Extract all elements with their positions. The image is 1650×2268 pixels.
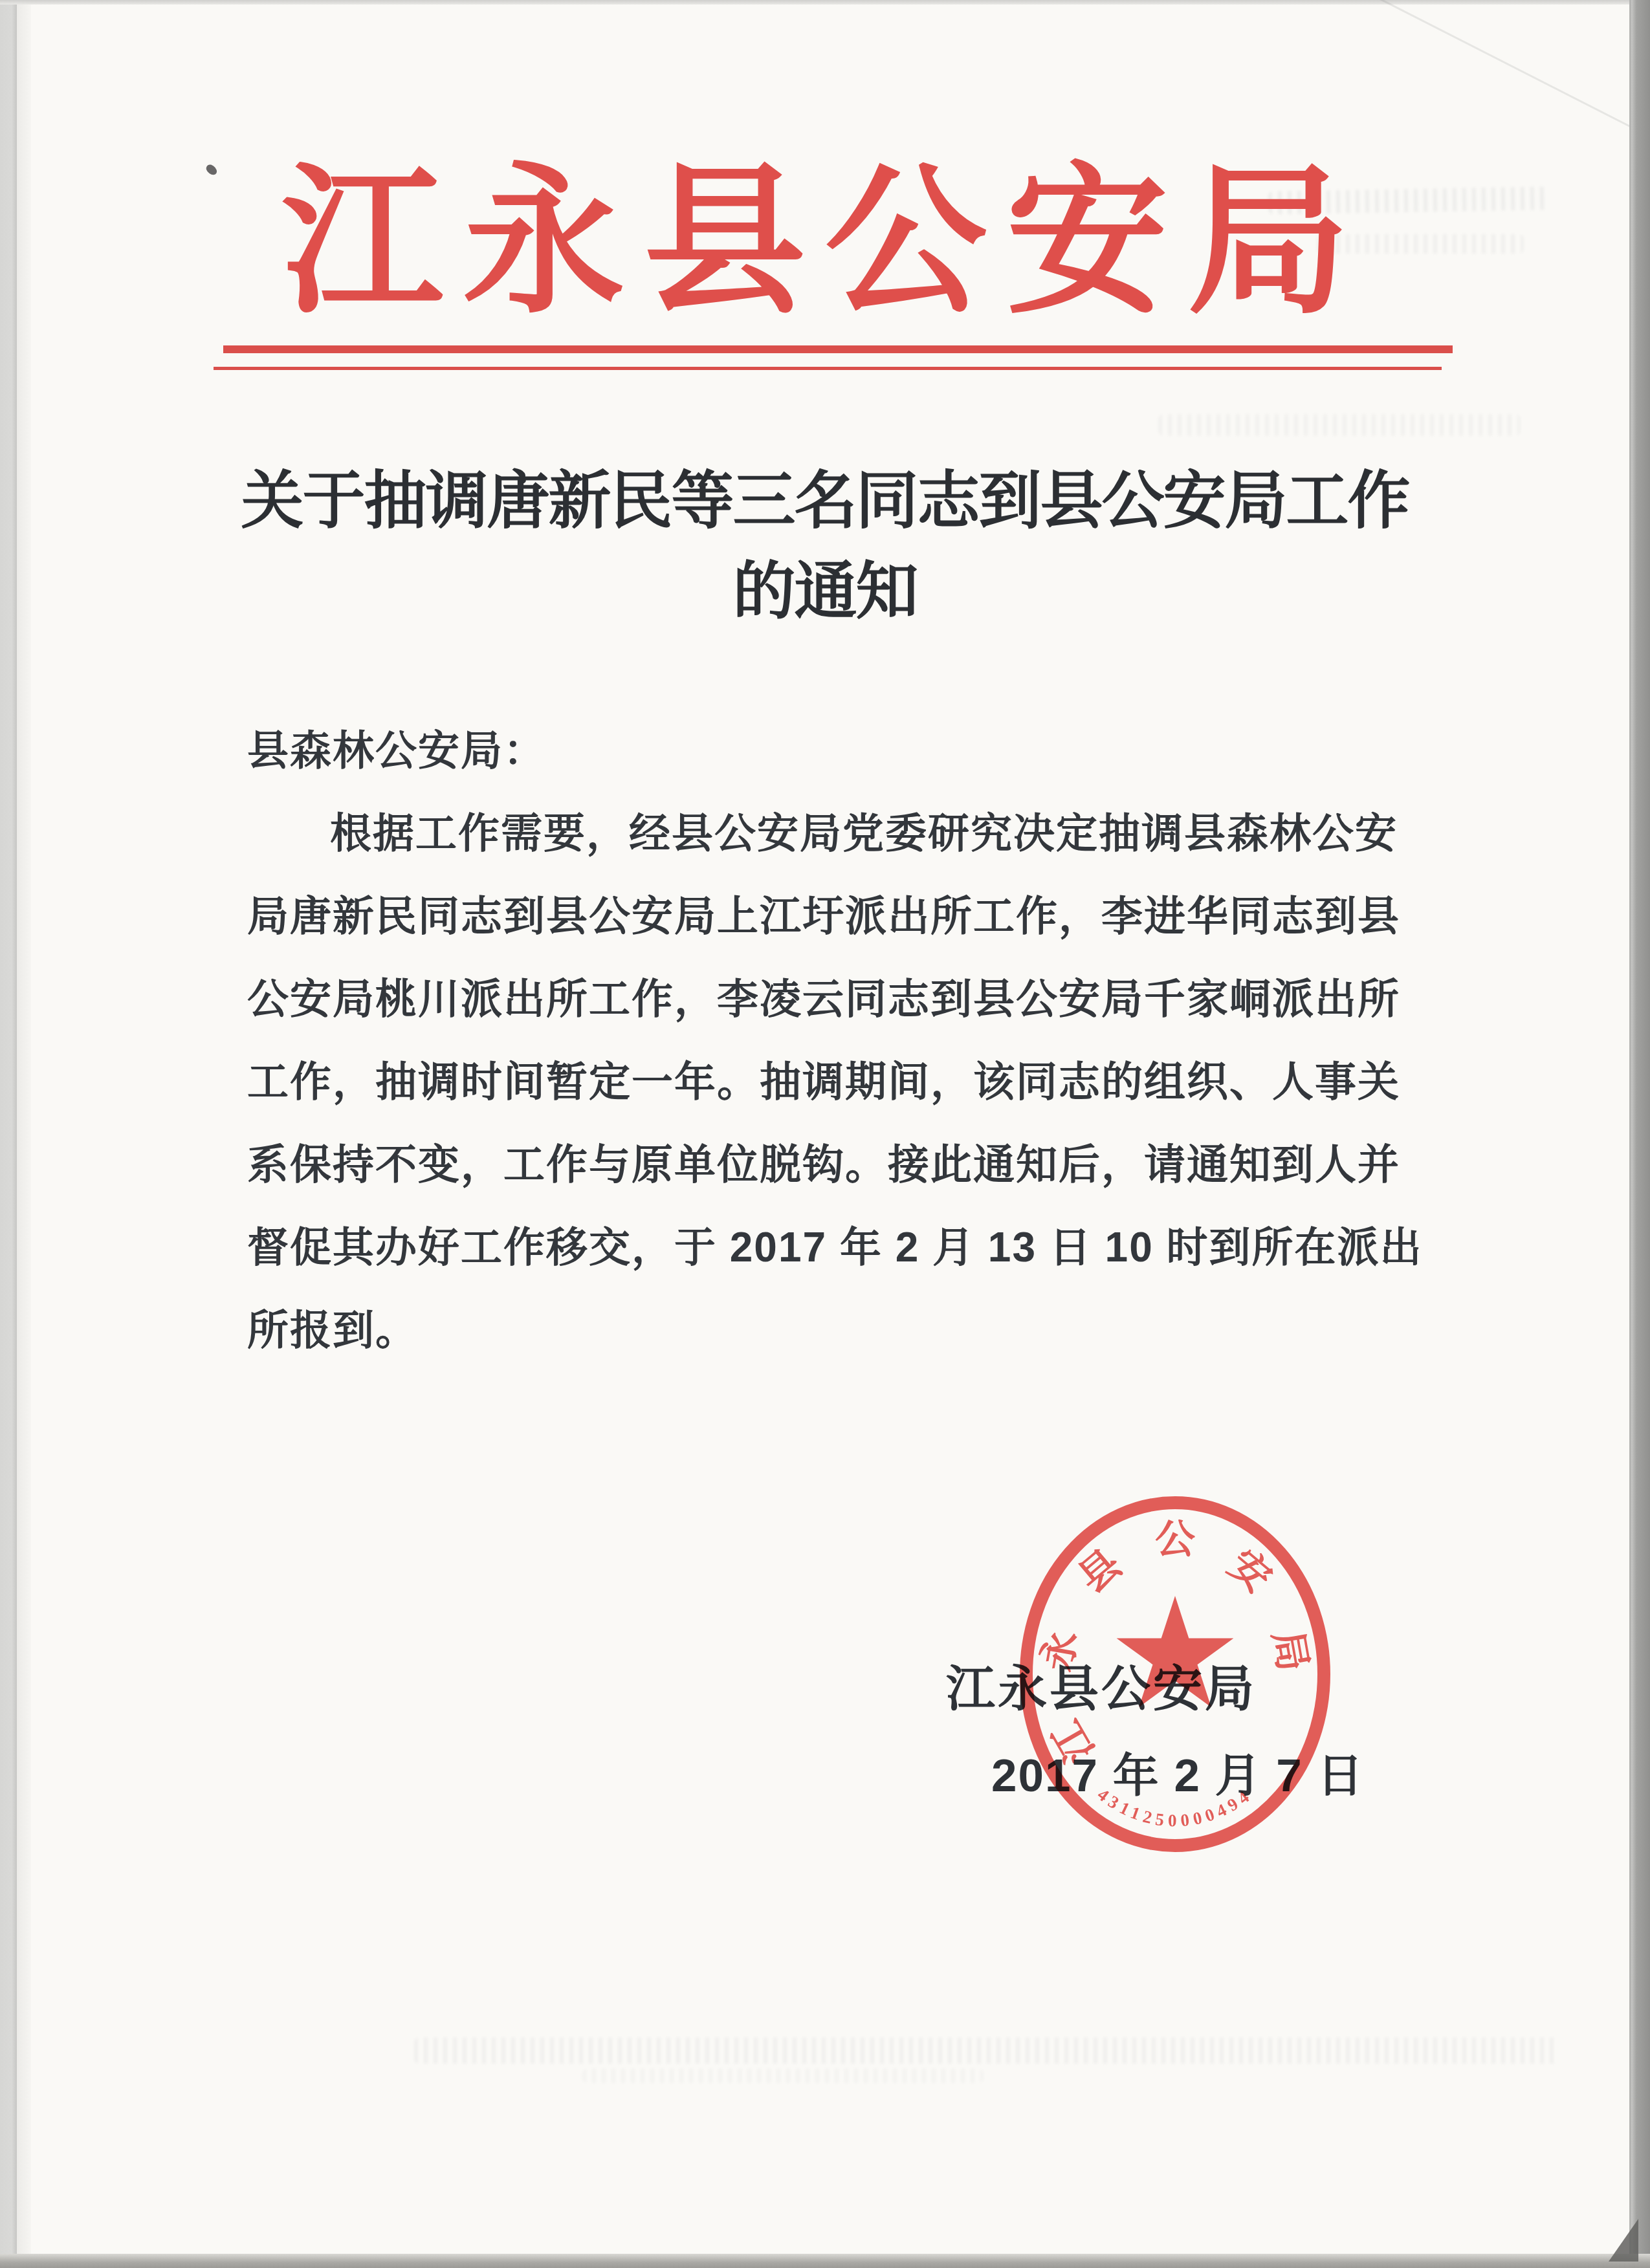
scan-edge-bottom [0, 2254, 1650, 2268]
svg-text:4311250000494: 4311250000494 [1094, 1785, 1257, 1831]
seal-serial-number: 4311250000494 [1094, 1785, 1257, 1831]
paper-fold-line [1345, 0, 1650, 176]
body-line: 系保持不变，工作与原单位脱钩。接此通知后，请通知到人并 [247, 1123, 1418, 1206]
letterhead-org-name: 江永县公安局 [0, 163, 1650, 325]
body-line: 督促其办好工作移交，于 2017 年 2 月 13 日 10 时到所在派出 [247, 1206, 1418, 1289]
bleed-through-artifact [1158, 414, 1521, 436]
letterhead-rule-thick [223, 345, 1453, 353]
seal-arc-char: 公 [1155, 1518, 1195, 1562]
letterhead-rule-thin [214, 367, 1442, 370]
scan-edge-left-inner [17, 0, 31, 2268]
scan-edge-left [0, 0, 17, 2268]
bleed-through-artifact [582, 2069, 984, 2083]
bleed-through-artifact [414, 2038, 1559, 2064]
seal-star-icon [1117, 1596, 1234, 1707]
document-title-line-1: 关于抽调唐新民等三名同志到县公安局工作 [0, 456, 1650, 547]
document-title: 关于抽调唐新民等三名同志到县公安局工作 的通知 [0, 456, 1650, 637]
body-line: 公安局桃川派出所工作，李凌云同志到县公安局千家峒派出所 [247, 957, 1418, 1040]
body-line: 所报到。 [247, 1289, 1418, 1371]
scan-edge-top [0, 0, 1650, 5]
seal-arc-char: 永 [1035, 1628, 1086, 1675]
body-line: 局唐新民同志到县公安局上江圩派出所工作，李进华同志到县 [247, 875, 1418, 957]
document-body: 县森林公安局： 根据工作需要，经县公安局党委研究决定抽调县森林公安 局唐新民同志… [247, 709, 1418, 1371]
document-title-line-2: 的通知 [0, 547, 1650, 637]
body-line: 根据工作需要，经县公安局党委研究决定抽调县森林公安 [247, 792, 1418, 875]
official-seal: 江 永 县 公 安 局 4311250000494 [1013, 1493, 1337, 1855]
scan-edge-right [1629, 0, 1650, 2268]
body-line: 工作，抽调时间暂定一年。抽调期间，该同志的组织、人事关 [247, 1040, 1418, 1123]
scanned-official-notice-page: 江永县公安局 关于抽调唐新民等三名同志到县公安局工作 的通知 县森林公安局： 根… [0, 0, 1650, 2268]
seal-arc-char: 局 [1264, 1628, 1315, 1675]
salutation: 县森林公安局： [247, 709, 1418, 792]
scan-corner-shadow [1609, 2219, 1638, 2262]
